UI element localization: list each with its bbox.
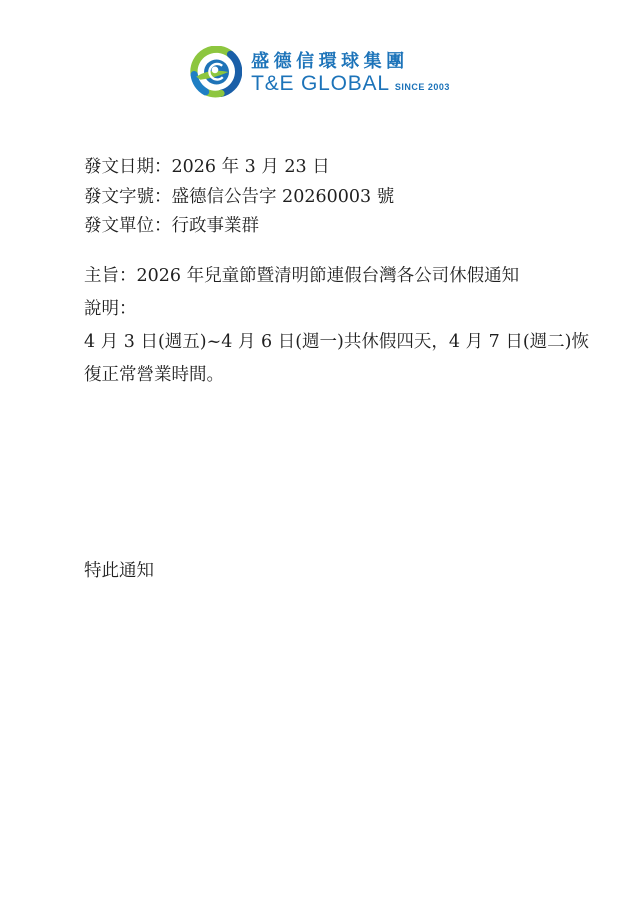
explanation-label: 說明： xyxy=(84,293,570,326)
globe-swirl-icon xyxy=(190,46,242,98)
notice-document-page: 盛德信環球集團 T&E GLOBAL SINCE 2003 發文日期：2026 … xyxy=(0,0,640,900)
letter-body: 發文日期：2026 年 3 月 23 日 發文字號：盛德信公告字 2026000… xyxy=(84,153,570,588)
subject-line: 主旨：2026 年兒童節暨清明節連假台灣各公司休假通知 xyxy=(84,260,570,293)
company-name-en: T&E GLOBAL xyxy=(251,73,390,95)
body-line-2: 復正常營業時間。 xyxy=(84,359,570,392)
issue-unit-line: 發文單位：行政事業群 xyxy=(84,212,570,242)
logo-text-block: 盛德信環球集團 T&E GLOBAL SINCE 2003 xyxy=(251,50,450,95)
company-name-en-row: T&E GLOBAL SINCE 2003 xyxy=(251,73,450,95)
company-since-label: SINCE 2003 xyxy=(395,82,450,92)
issue-number-line: 發文字號：盛德信公告字 20260003 號 xyxy=(84,183,570,213)
body-line-1: 4 月 3 日(週五)~4 月 6 日(週一)共休假四天，4 月 7 日(週二)… xyxy=(84,326,570,359)
closing-line: 特此通知 xyxy=(84,555,570,588)
company-logo: 盛德信環球集團 T&E GLOBAL SINCE 2003 xyxy=(0,0,640,98)
company-name-zh: 盛德信環球集團 xyxy=(251,50,450,72)
notice-content-block: 主旨：2026 年兒童節暨清明節連假台灣各公司休假通知 說明： 4 月 3 日(… xyxy=(84,260,570,392)
issue-date-line: 發文日期：2026 年 3 月 23 日 xyxy=(84,153,570,183)
